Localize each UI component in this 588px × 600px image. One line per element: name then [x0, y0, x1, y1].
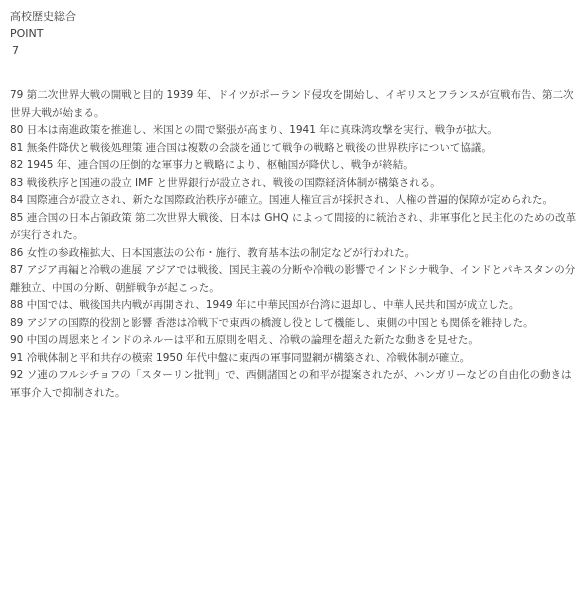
- point-paragraph: 79 第二次世界大戦の開戦と目的 1939 年、ドイツがポーランド侵攻を開始し、…: [10, 87, 578, 122]
- point-paragraph: 92 ソ連のフルシチョフの「スターリン批判」で、西側諸国との和平が提案されたが、…: [10, 367, 578, 402]
- point-paragraph: 80 日本は南進政策を推進し、米国との間で緊張が高まり、1941 年に真珠湾攻撃…: [10, 122, 578, 140]
- point-paragraph: 89 アジアの国際的役割と影響 香港は冷戦下で東西の橋渡し役として機能し、東側の…: [10, 315, 578, 333]
- point-paragraph: 83 戦後秩序と国連の設立 IMF と世界銀行が設立され、戦後の国際経済体制が構…: [10, 175, 578, 193]
- point-paragraph: 91 冷戦体制と平和共存の模索 1950 年代中盤に東西の軍事同盟網が構築され、…: [10, 350, 578, 368]
- document-header: 高校歴史総合 POINT 7: [10, 8, 578, 59]
- point-paragraph: 87 アジア再編と冷戦の進展 アジアでは戦後、国民主義の分断や冷戦の影響でインド…: [10, 262, 578, 297]
- point-label: POINT: [10, 25, 578, 42]
- document-page: 高校歴史総合 POINT 7 79 第二次世界大戦の開戦と目的 1939 年、ド…: [0, 0, 588, 600]
- point-paragraph: 82 1945 年、連合国の圧倒的な軍事力と戦略により、枢軸国が降伏し、戦争が終…: [10, 157, 578, 175]
- point-paragraph: 84 国際連合が設立され、新たな国際政治秩序が確立。国連人権宣言が採択され、人権…: [10, 192, 578, 210]
- point-paragraph: 90 中国の周恩来とインドのネルーは平和五原則を唱え、冷戦の論理を超えた新たな動…: [10, 332, 578, 350]
- point-paragraph: 81 無条件降伏と戦後処理策 連合国は複数の会談を通じて戦争の戦略と戦後の世界秩…: [10, 140, 578, 158]
- point-paragraph: 88 中国では、戦後国共内戦が再開され、1949 年に中華民国が台湾に退却し、中…: [10, 297, 578, 315]
- points-list: 79 第二次世界大戦の開戦と目的 1939 年、ドイツがポーランド侵攻を開始し、…: [10, 87, 578, 402]
- course-title: 高校歴史総合: [10, 8, 578, 25]
- point-paragraph: 85 連合国の日本占領政策 第二次世界大戦後、日本は GHQ によって間接的に統…: [10, 210, 578, 245]
- point-paragraph: 86 女性の参政権拡大、日本国憲法の公布・施行、教育基本法の制定などが行われた。: [10, 245, 578, 263]
- point-number: 7: [10, 42, 578, 59]
